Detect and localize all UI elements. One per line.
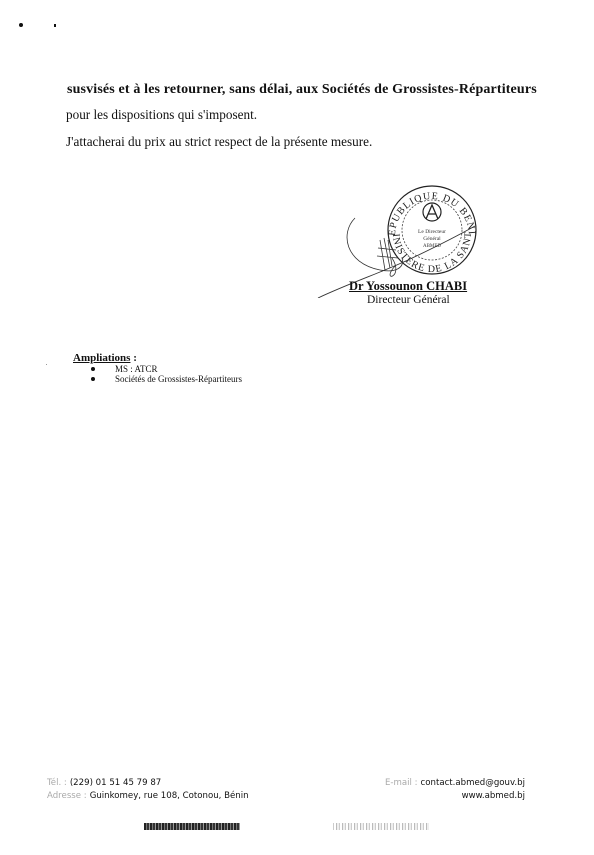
ampliation-item: Sociétés de Grossistes-Répartiteurs (87, 374, 242, 384)
phone-label: Tél. : (47, 778, 67, 788)
body-paragraph-2: J'attacherai du prix au strict respect d… (66, 134, 372, 150)
email-label: E-mail : (385, 778, 418, 788)
barcode-strip-light (333, 823, 429, 830)
address-label: Adresse : (47, 791, 87, 801)
barcode-strip-dark (144, 823, 240, 830)
ampliations-heading: Ampliations : (73, 352, 242, 364)
svg-text:REPUBLIQUE DU BENIN: REPUBLIQUE DU BENIN (310, 178, 477, 236)
signatory-name: Dr Yossounon CHABI (349, 279, 467, 294)
ampliation-item: MS : ATCR (87, 364, 242, 374)
email-link[interactable]: contact.abmed@gouv.bj (421, 778, 525, 788)
ampliations-list: MS : ATCR Sociétés de Grossistes-Réparti… (87, 364, 242, 384)
ampliations-section: Ampliations : MS : ATCR Sociétés de Gros… (73, 352, 242, 384)
phone-number: (229) 01 51 45 79 87 (70, 778, 161, 788)
scan-artifact-dot (54, 24, 56, 27)
svg-text:Le Directeur: Le Directeur (418, 229, 446, 235)
body-paragraph-1-line-1: susvisés et à les retourner, sans délai,… (67, 82, 537, 98)
address-value: Guinkomey, rue 108, Cotonou, Bénin (90, 791, 249, 801)
website-link[interactable]: www.abmed.bj (462, 791, 525, 801)
svg-text:Général: Général (423, 236, 441, 242)
footer-website: www.abmed.bj (462, 791, 525, 801)
body-paragraph-1-line-2: pour les dispositions qui s'imposent. (66, 107, 257, 123)
footer-phone: Tél. :(229) 01 51 45 79 87 (47, 778, 161, 788)
scan-artifact-dot (19, 23, 23, 27)
footer-address: Adresse :Guinkomey, rue 108, Cotonou, Bé… (47, 791, 249, 801)
signatory-title: Directeur Général (367, 294, 450, 306)
scan-artifact-dot (46, 364, 47, 365)
footer-email: E-mail :contact.abmed@gouv.bj (385, 778, 525, 788)
